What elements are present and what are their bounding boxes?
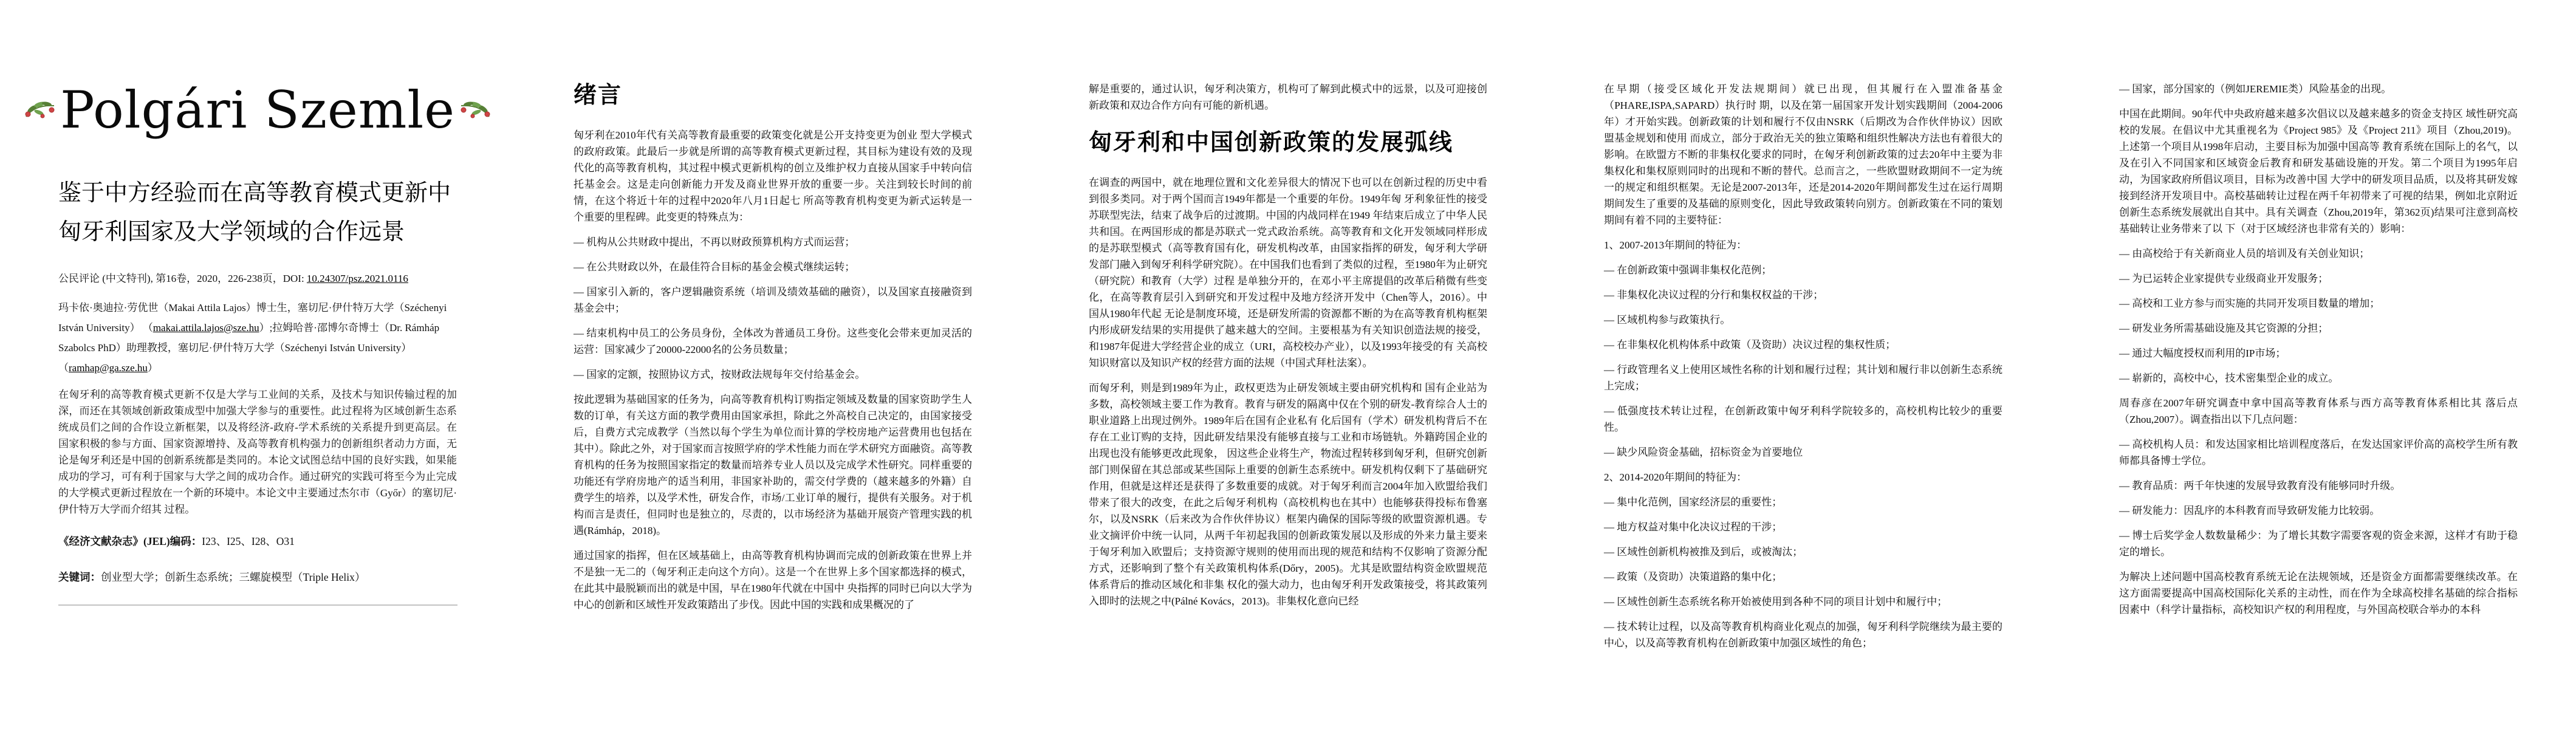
paragraph: 解是重要的，通过认识，匈牙利决策方，机构可了解到此模式中的远景，以及可迎接创新政… (1089, 81, 1487, 114)
authors-block: 玛卡依·奥迪拉·劳优世（Makai Attila Lajos）博士生，塞切尼·伊… (58, 298, 457, 378)
list-item: — 区域性创新生态系统名称开始被使用到各种不同的项目计划中和履行中； (1604, 594, 2002, 610)
paragraph: 匈牙利在2010年代有关高等教育最重要的政策变化就是公开支持变更为创业 型大学模… (574, 127, 972, 225)
list-item: — 高校机构人员：和发达国家相比培训程度落后，在发达国家评价高的高校学生所有教师… (2119, 436, 2518, 469)
list-item: — 博士后奖学金人数数量稀少：为了增长其数字需要客观的资金来源，这样才有助于稳定… (2119, 527, 2518, 560)
page-4: 在早期（接受区域化开发法规期间）就已出现，但其履行在入盟准备基金（PHARE,I… (1546, 0, 2061, 729)
section-heading: 匈牙利和中国创新政策的发展弧线 (1089, 128, 1487, 157)
keywords-label: 关键词： (58, 571, 101, 583)
jel-label: 《经济文献杂志》(JEL)编码： (58, 535, 202, 547)
list-item: — 由高校给于有关新商业人员的培训及有关创业知识； (2119, 245, 2518, 262)
article-title: 鉴于中方经验而在高等教育模式更新中匈牙利国家及大学领域的合作远景 (58, 174, 457, 252)
paragraph: 在调查的两国中，就在地理位置和文化差异很大的情况下也可以在创新过程的历史中看到很… (1089, 174, 1487, 371)
list-item: — 教育品质：两千年快速的发展导致教育没有能够同时升级。 (2119, 477, 2518, 494)
list-item: — 政策（及资助）决策道路的集中化； (1604, 569, 2002, 585)
paragraph: 中国在此期间。90年代中央政府越来越多次倡议以及越来越多的资金支持区 域性研究高… (2119, 106, 2518, 237)
jel-codes: 《经济文献杂志》(JEL)编码：I23、I25、I28、O31 (58, 533, 457, 550)
list-item: — 研发业务所需基础设施及其它资源的分担； (2119, 320, 2518, 337)
page-2: 绪言匈牙利在2010年代有关高等教育最重要的政策变化就是公开支持变更为创业 型大… (515, 0, 1030, 729)
list-item: — 通过大幅度授权而利用的IP市场； (2119, 345, 2518, 361)
paragraph: 为解决上述问题中国高校教育系统无论在法规领域，还是资金方面都需要继续改革。在这方… (2119, 569, 2518, 618)
footer-divider (58, 604, 457, 606)
list-item: — 行政管理名义上使用区域性名称的计划和履行过程；其计划和履行非以创新生态系统上… (1604, 361, 2002, 394)
keywords: 关键词：创业型大学；创新生态系统；三螺旋模型（Triple Helix） (58, 569, 457, 586)
list-item: — 非集权化决议过程的分行和集权权益的干涉； (1604, 287, 2002, 303)
list-item: — 在公共财政以外，在最佳符合目标的基金会模式继续运转； (574, 259, 972, 275)
section-heading: 绪言 (574, 81, 972, 110)
list-item: — 高校和工业方参与而实施的共同开发项目数量的增加； (2119, 295, 2518, 312)
list-item: — 区域机构参与政策执行。 (1604, 312, 2002, 328)
page-3: 解是重要的，通过认识，匈牙利决策方，机构可了解到此模式中的远景，以及可迎接创新政… (1030, 0, 1546, 729)
paragraph: 1、2007-2013年期间的特征为： (1604, 237, 2002, 253)
author2-email-link[interactable]: ramhap@ga.sze.hu (69, 362, 148, 374)
text-column-2: 绪言匈牙利在2010年代有关高等教育最重要的政策变化就是公开支持变更为创业 型大… (574, 0, 972, 613)
doi-link[interactable]: 10.24307/psz.2021.0116 (307, 273, 408, 284)
document-canvas: Polgári Szemle 鉴于中方经验而在高等教育模式更新中匈牙利国家及大学… (0, 0, 2576, 729)
paragraph: 通过国家的指挥，但在区域基础上，由高等教育机构协调而完成的创新政策在世界上并不是… (574, 547, 972, 613)
list-item: — 机构从公共财政中提出，不再以财政预算机构方式而运营； (574, 234, 972, 250)
journal-masthead: Polgári Szemle (58, 80, 457, 140)
list-item: — 技术转让过程，以及高等教育机构商业化观点的加强，匈牙利科学院继续为最主要的中… (1604, 618, 2002, 651)
text-column-3: 解是重要的，通过认识，匈牙利决策方，机构可了解到此模式中的远景，以及可迎接创新政… (1089, 0, 1487, 609)
abstract: 在匈牙利的高等教育模式更新不仅是大学与工业间的关系，及技术与知识传输过程的加深，… (58, 386, 457, 518)
paragraph: 周春彦在2007年研究调查中拿中国高等教育体系与西方高等教育体系相比其 落后点（… (2119, 395, 2518, 428)
list-item: — 国家的定额，按照协议方式，按财政法规每年交付给基金会。 (574, 366, 972, 383)
paragraph: 在早期（接受区域化开发法规期间）就已出现，但其履行在入盟准备基金（PHARE,I… (1604, 81, 2002, 228)
list-item: — 集中化范例，国家经济层的重要性； (1604, 494, 2002, 510)
jel-values: I23、I25、I28、O31 (202, 535, 295, 547)
list-item: — 缺少风险资金基础，招标资金为首要地位 (1604, 444, 2002, 460)
list-item: — 研发能力：因乱序的本科教育而导致研发能力比较弱。 (2119, 502, 2518, 519)
journal-title: Polgári Szemle (60, 80, 455, 140)
list-item: — 在非集权化机构体系中政策（及资助）决议过程的集权性质； (1604, 337, 2002, 353)
list-item: — 区域性创新机构被推及到后，或被淘汰； (1604, 544, 2002, 560)
list-item: — 国家引入新的，客户逻辑融资系统（培训及绩效基础的融资），以及国家直接融资到基… (574, 284, 972, 317)
page-1: Polgári Szemle 鉴于中方经验而在高等教育模式更新中匈牙利国家及大学… (0, 0, 515, 729)
paragraph: 而匈牙利，则是到1989年为止，政权更迭为止研发领域主要由研究机构和 国有企业站… (1089, 380, 1487, 609)
floral-ornament-left-icon (24, 97, 57, 123)
list-item: — 结束机构中员工的公务员身份，全体改为普通员工身份。这些变化会带来更加灵活的运… (574, 325, 972, 358)
paragraph: 2、2014-2020年期间的特征为： (1604, 469, 2002, 485)
list-item: — 为已运转企业家提供专业级商业开发服务； (2119, 270, 2518, 287)
page-5: — 国家，部分国家的（例如JEREMIE类）风险基金的出现。中国在此期间。90年… (2061, 0, 2576, 729)
list-item: — 崭新的，高校中心，技术密集型企业的成立。 (2119, 370, 2518, 386)
list-item: — 地方权益对集中化决议过程的干涉； (1604, 519, 2002, 535)
author1-email-link[interactable]: makai.attila.lajos@sze.hu (153, 322, 259, 334)
keywords-values: 创业型大学；创新生态系统；三螺旋模型（Triple Helix） (101, 571, 365, 583)
text-column-5: — 国家，部分国家的（例如JEREMIE类）风险基金的出现。中国在此期间。90年… (2119, 0, 2518, 618)
paragraph: 按此逻辑为基础国家的任务为，向高等教育机构订购指定领域及数量的国家资助学生人数的… (574, 391, 972, 539)
text-column-4: 在早期（接受区域化开发法规期间）就已出现，但其履行在入盟准备基金（PHARE,I… (1604, 0, 2002, 651)
author-text: ） (148, 362, 158, 374)
list-item: — 低强度技术转让过程，在创新政策中匈牙利科学院较多的，高校机构比较少的重要性。 (1604, 403, 2002, 436)
list-item: — 在创新政策中强调非集权化范例； (1604, 262, 2002, 278)
list-item: — 国家，部分国家的（例如JEREMIE类）风险基金的出现。 (2119, 81, 2518, 97)
floral-ornament-right-icon (459, 97, 492, 123)
publication-info-text: 公民评论 (中文特刊), 第16卷，2020，226-238页，DOI: (58, 273, 307, 284)
publication-info: 公民评论 (中文特刊), 第16卷，2020，226-238页，DOI: 10.… (58, 270, 457, 288)
